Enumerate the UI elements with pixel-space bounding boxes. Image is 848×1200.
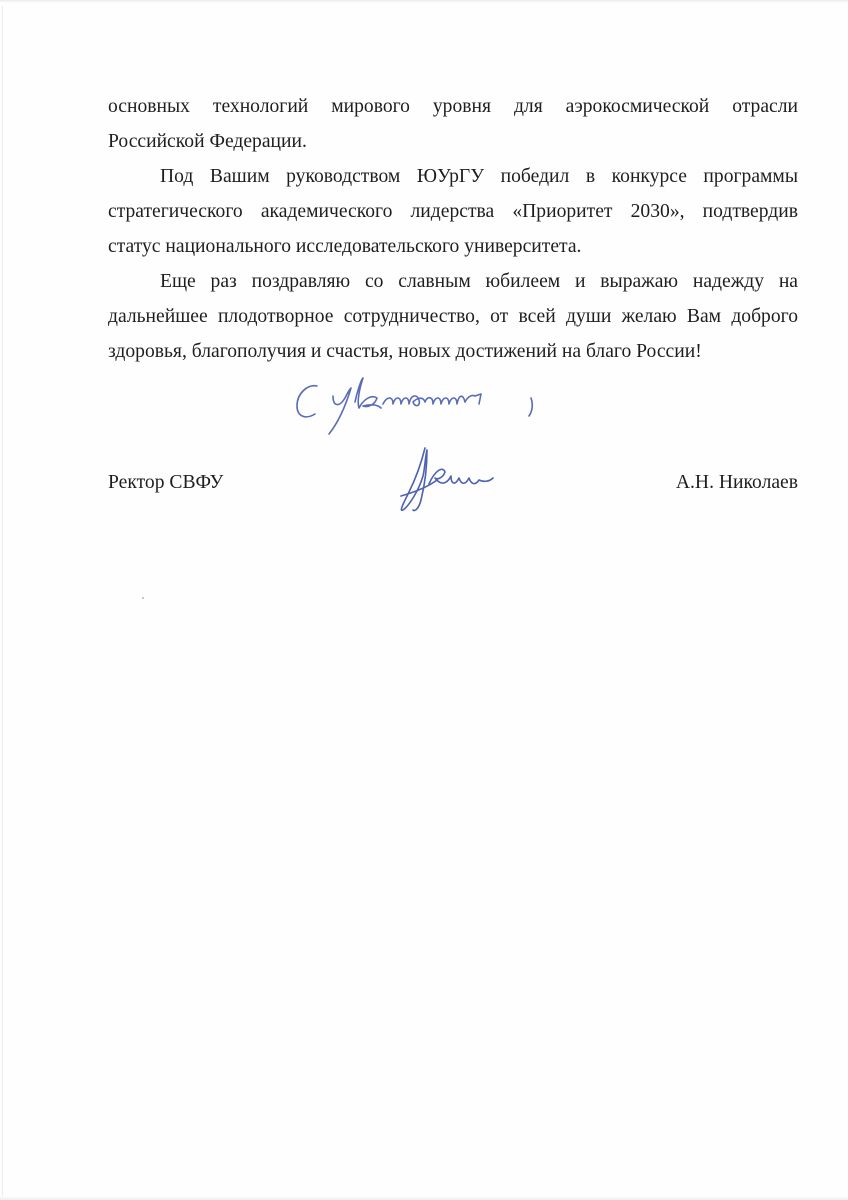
signer-name: А.Н. Николаев xyxy=(676,466,798,500)
paragraph-line: статус национального исследовательского … xyxy=(108,229,798,264)
paragraph-line: Еще раз поздравляю со славным юбилеем и … xyxy=(108,264,798,299)
paragraph-line: дальнейшее плодотворное сотрудничество, … xyxy=(108,299,798,334)
paragraph-2: Под Вашим руководством ЮУрГУ победил в к… xyxy=(108,159,798,264)
scan-edge-left xyxy=(2,6,3,1196)
paragraph-line: основных технологий мирового уровня для … xyxy=(108,89,798,124)
letter-body: основных технологий мирового уровня для … xyxy=(108,89,798,369)
scan-edge-bottom xyxy=(0,1196,848,1200)
paragraph-1: основных технологий мирового уровня для … xyxy=(108,89,798,159)
paragraph-line: стратегического академического лидерства… xyxy=(108,194,798,229)
paragraph-line: Российской Федерации. xyxy=(108,124,798,159)
scan-speck xyxy=(142,597,144,599)
position-title: Ректор СВФУ xyxy=(108,466,223,500)
paragraph-line: Под Вашим руководством ЮУрГУ победил в к… xyxy=(108,159,798,194)
paragraph-line: здоровья, благополучия и счастья, новых … xyxy=(108,334,798,369)
signature-block: Ректор СВФУ А.Н. Николаев xyxy=(108,466,798,500)
handwritten-salutation xyxy=(285,368,585,448)
document-page: основных технологий мирового уровня для … xyxy=(0,0,848,1200)
paragraph-3: Еще раз поздравляю со славным юбилеем и … xyxy=(108,264,798,369)
scan-edge-top xyxy=(0,0,848,3)
